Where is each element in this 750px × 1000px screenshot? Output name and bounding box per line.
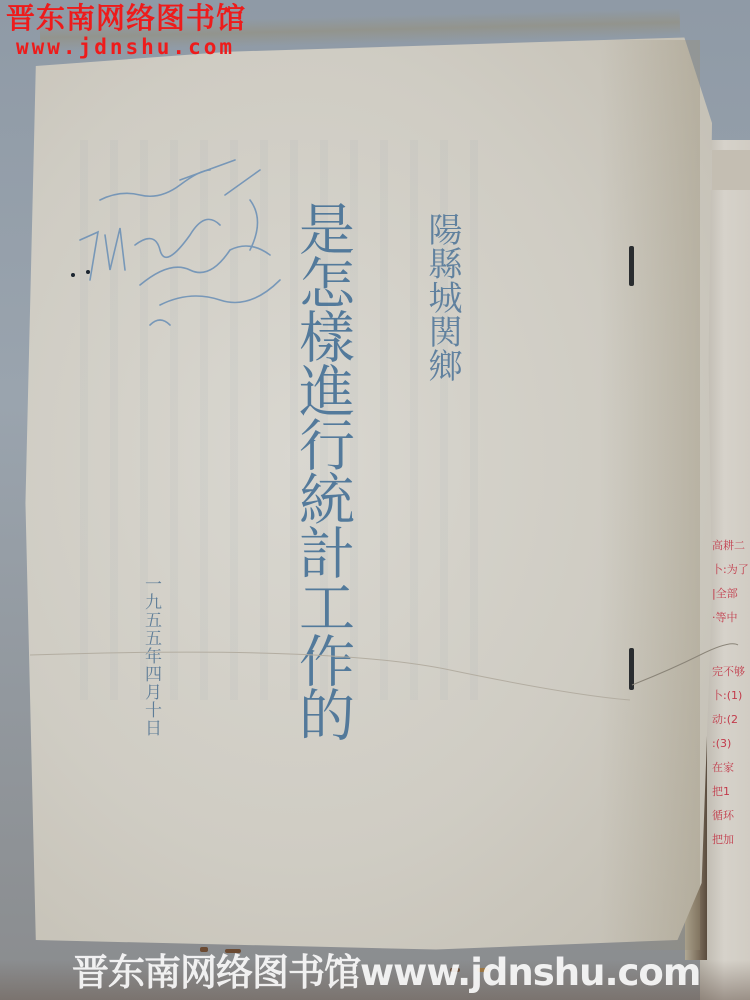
underlying-text-line: 把加 bbox=[712, 828, 750, 852]
watermark-url: www.jdnshu.com bbox=[6, 37, 246, 58]
watermark-title: 晋东南网络图书馆 bbox=[6, 4, 246, 33]
document-author: 陽縣城関鄉 bbox=[418, 212, 467, 382]
paper-shading bbox=[600, 40, 700, 950]
watermark-top: 晋东南网络图书馆 www.jdnshu.com bbox=[6, 4, 246, 58]
underlying-page-text: 高耕二 高耕二 卜:为了 |全部 ·等中 完不够 卜:(1) 动:(2 :(3)… bbox=[712, 370, 750, 852]
underlying-text-line: 循环 bbox=[712, 804, 750, 828]
underlying-text-line: :(3) bbox=[712, 732, 750, 756]
watermark-bottom: 晋东南网络图书馆www.jdnshu.com bbox=[72, 954, 700, 991]
underlying-text-line: 卜:为了 bbox=[712, 558, 750, 582]
underlying-text-line: 把1 bbox=[712, 780, 750, 804]
underlying-text-line: |全部 bbox=[712, 582, 750, 606]
underlying-text-line: 在家 bbox=[712, 756, 750, 780]
binding-stitch bbox=[629, 246, 634, 286]
underlying-text-line: 高耕二 bbox=[712, 534, 750, 558]
underlying-text-line: ·等中 bbox=[712, 606, 750, 630]
handwritten-annotation bbox=[60, 140, 300, 340]
underlying-text-line: 动:(2 bbox=[712, 708, 750, 732]
underlying-page-corner bbox=[712, 150, 750, 190]
paper-crease bbox=[630, 640, 740, 700]
paper-crease bbox=[30, 650, 630, 710]
